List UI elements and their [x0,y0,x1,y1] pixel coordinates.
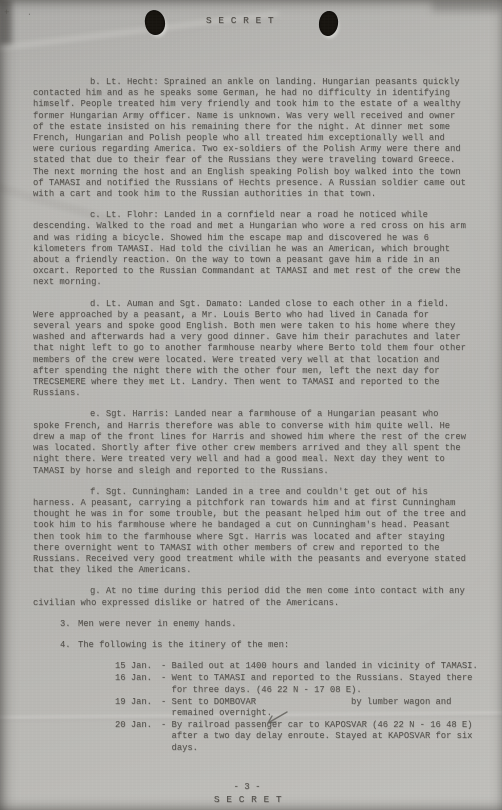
itinerary-text: days. [161,743,472,754]
itinerary-text: - Bailed out at 1400 hours and landed in… [161,661,478,671]
itinerary-entry-15-jan: 15 Jan. - Bailed out at 1400 hours and l… [115,661,470,672]
item-text: Men were never in enemy hands. [78,619,236,630]
scanned-report-page: + . S E C R E T b. Lt. Hecht: Sprained a… [0,0,502,810]
report-paragraph-f: f. Sgt. Cunningham: Landed in a tree and… [33,487,470,577]
item-text: The following is the itinery of the men: [78,640,289,651]
report-paragraph-e: e. Sgt. Harris: Landed near a farmhouse … [33,409,470,476]
report-paragraph-b: b. Lt. Hecht: Sprained an ankle on landi… [33,77,470,200]
pencil-arrow-icon [260,710,290,727]
punch-hole-icon [318,10,340,37]
classification-header: S E C R E T [0,15,491,26]
itinerary-text: - By railroad passenger car to KAPOSVAR … [161,720,472,731]
item-number: 4. [60,640,78,651]
itinerary-entry-16-jan: 16 Jan. - Went to TAMASI and reported to… [115,673,470,695]
itinerary-date: 19 Jan. [115,697,161,719]
paper-smudge [432,0,502,12]
itinerary-date: 15 Jan. [115,661,161,672]
itinerary-text: after a two day delay enroute. Stayed at… [161,731,472,742]
itinerary-date: 20 Jan. [115,720,161,754]
itinerary-text: remained overnight. [161,708,451,719]
report-paragraph-d: d. Lt. Auman and Sgt. Damato: Landed clo… [33,299,470,400]
itinerary-text: for three days. (46 22 N - 17 08 E). [161,685,472,696]
itinerary-text: - Sent to DOMBOVAR by lumber wagon and [161,697,451,708]
itinerary-date: 16 Jan. [115,673,161,695]
itinerary-entry-20-jan: 20 Jan. - By railroad passenger car to K… [115,720,470,754]
classification-footer: S E C R E T [0,794,499,805]
numbered-item-3: 3. Men were never in enemy hands. [60,619,470,630]
itinerary-list: 15 Jan. - Bailed out at 1400 hours and l… [115,661,470,754]
report-paragraph-c: c. Lt. Flohr: Landed in a cornfield near… [33,210,470,288]
page-number: - 3 - [0,782,498,792]
report-body: b. Lt. Hecht: Sprained an ankle on landi… [33,77,470,755]
item-number: 3. [60,619,78,630]
itinerary-entry-19-jan: 19 Jan. - Sent to DOMBOVAR by lumber wag… [115,697,470,719]
punch-hole-icon [143,9,166,37]
report-paragraph-g: g. At no time during this period did the… [33,586,470,608]
numbered-item-4: 4. The following is the itinery of the m… [60,640,470,651]
itinerary-text: - Went to TAMASI and reported to the Rus… [161,673,472,684]
